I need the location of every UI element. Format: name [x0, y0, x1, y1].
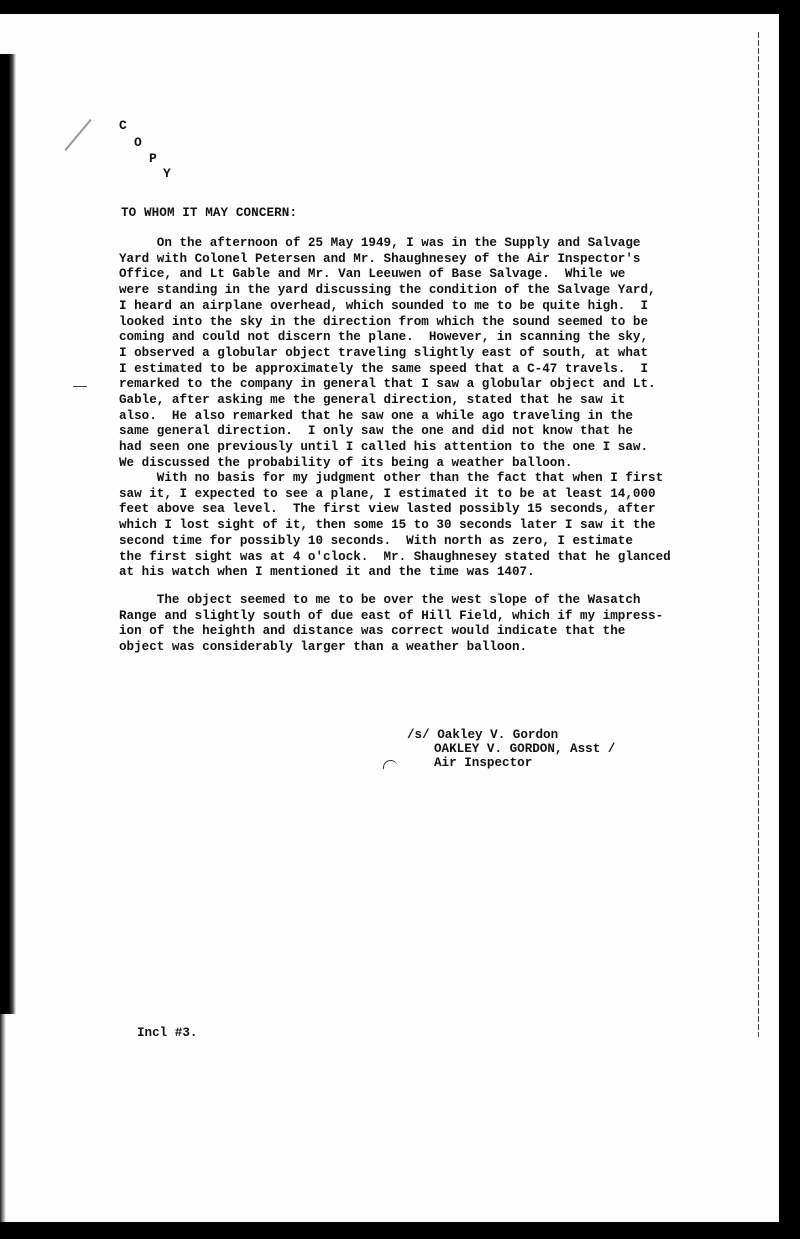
paragraph-line: looked into the sky in the direction fro… — [119, 315, 679, 331]
paragraph-line: which I lost sight of it, then some 15 t… — [119, 518, 679, 534]
signature-name-title: OAKLEY V. GORDON, Asst / — [407, 742, 615, 756]
copy-letter-p: P — [149, 151, 157, 166]
copy-letter-o: O — [134, 135, 142, 150]
paragraph-line: saw it, I expected to see a plane, I est… — [119, 487, 679, 503]
paragraph-line: I observed a globular object traveling s… — [119, 346, 679, 362]
salutation: TO WHOM IT MAY CONCERN: — [121, 206, 297, 222]
paragraph-line: at his watch when I mentioned it and the… — [119, 565, 679, 581]
paragraph-line: We discussed the probability of its bein… — [119, 456, 679, 472]
paragraph-line: Range and slightly south of due east of … — [119, 609, 679, 625]
paragraph-line: second time for possibly 10 seconds. Wit… — [119, 534, 679, 550]
paragraph-line: were standing in the yard discussing the… — [119, 283, 679, 299]
paragraph-line: ion of the heighth and distance was corr… — [119, 624, 679, 640]
paragraph-line: object was considerably larger than a we… — [119, 640, 679, 656]
paragraph-line: remarked to the company in general that … — [119, 377, 679, 393]
paragraph-line: I estimated to be approximately the same… — [119, 362, 679, 378]
paragraph-line: With no basis for my judgment other than… — [119, 471, 679, 487]
paragraph-line: same general direction. I only saw the o… — [119, 424, 679, 440]
paragraph-line: Gable, after asking me the general direc… — [119, 393, 679, 409]
handwritten-mark — [383, 760, 398, 769]
paragraph-line: The object seemed to me to be over the w… — [119, 593, 679, 609]
pencil-mark — [64, 119, 91, 151]
signature-block: /s/ Oakley V. Gordon OAKLEY V. GORDON, A… — [407, 728, 615, 770]
enclosure-label: Incl #3. — [137, 1026, 197, 1040]
margin-dash-mark — [73, 386, 87, 387]
document-page: C O P Y TO WHOM IT MAY CONCERN: On the a… — [0, 14, 779, 1222]
fold-line — [758, 32, 759, 1037]
copy-letter-c: C — [119, 118, 127, 133]
scan-edge-shadow — [0, 54, 16, 1014]
paragraph-line: also. He also remarked that he saw one a… — [119, 409, 679, 425]
paragraph-line: the first sight was at 4 o'clock. Mr. Sh… — [119, 550, 679, 566]
paragraph-line: Office, and Lt Gable and Mr. Van Leeuwen… — [119, 267, 679, 283]
paragraph-line: had seen one previously until I called h… — [119, 440, 679, 456]
paragraph-1: On the afternoon of 25 May 1949, I was i… — [119, 236, 679, 472]
signature-position: Air Inspector — [407, 756, 615, 770]
paragraph-line: feet above sea level. The first view las… — [119, 502, 679, 518]
paragraph-line: I heard an airplane overhead, which soun… — [119, 299, 679, 315]
paragraph-2: With no basis for my judgment other than… — [119, 471, 679, 581]
paragraph-line: coming and could not discern the plane. … — [119, 330, 679, 346]
paragraph-line: Yard with Colonel Petersen and Mr. Shaug… — [119, 252, 679, 268]
paragraph-3: The object seemed to me to be over the w… — [119, 593, 679, 656]
signature-signed: /s/ Oakley V. Gordon — [407, 728, 615, 742]
copy-letter-y: Y — [163, 166, 171, 181]
scan-edge-shadow-lower — [0, 1014, 6, 1222]
paragraph-line: On the afternoon of 25 May 1949, I was i… — [119, 236, 679, 252]
